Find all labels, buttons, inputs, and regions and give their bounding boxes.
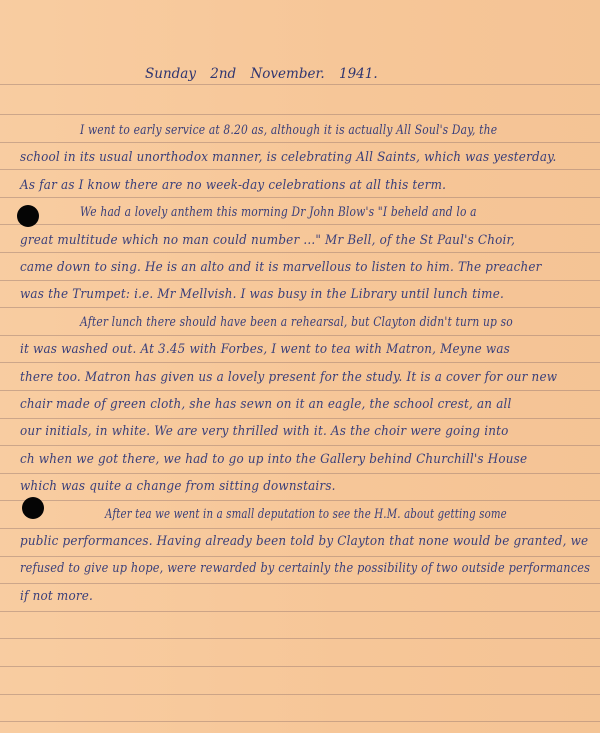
ruled-line xyxy=(0,280,600,281)
handwritten-line: ch when we got there, we had to go up in… xyxy=(20,451,590,467)
ruled-line xyxy=(0,390,600,391)
handwritten-line: chair made of green cloth, she has sewn … xyxy=(20,396,590,412)
handwritten-line: After lunch there should have been a reh… xyxy=(80,314,590,330)
ruled-line xyxy=(0,84,600,85)
handwritten-line: I went to early service at 8.20 as, alth… xyxy=(80,122,590,138)
handwritten-line: which was quite a change from sitting do… xyxy=(20,478,590,494)
ruled-line xyxy=(0,556,600,557)
diary-page: Sunday 2nd November. 1941. I went to ear… xyxy=(0,0,600,733)
ruled-line xyxy=(0,611,600,612)
ruled-line xyxy=(0,500,600,501)
handwritten-line: school in its usual unorthodox manner, i… xyxy=(20,149,590,165)
handwritten-line: it was washed out. At 3.45 with Forbes, … xyxy=(20,341,590,357)
ruled-line xyxy=(0,252,600,253)
ruled-line xyxy=(0,224,600,225)
handwritten-line: came down to sing. He is an alto and it … xyxy=(20,259,590,275)
ruled-line xyxy=(0,528,600,529)
ruled-line xyxy=(0,583,600,584)
handwritten-line: our initials, in white. We are very thri… xyxy=(20,423,590,439)
ruled-line xyxy=(0,142,600,143)
ruled-line xyxy=(0,197,600,198)
handwritten-line: After tea we went in a small deputation … xyxy=(105,506,590,522)
ruled-line xyxy=(0,169,600,170)
ruled-line xyxy=(0,666,600,667)
handwritten-line: As far as I know there are no week-day c… xyxy=(20,177,590,193)
punch-hole-top xyxy=(17,205,39,227)
handwritten-line: if not more. xyxy=(20,588,590,604)
ruled-line xyxy=(0,445,600,446)
handwritten-line: public performances. Having already been… xyxy=(20,533,590,549)
handwritten-line: great multitude which no man could numbe… xyxy=(20,232,590,248)
ruled-line xyxy=(0,362,600,363)
handwritten-line: We had a lovely anthem this morning Dr J… xyxy=(80,204,590,220)
ruled-line xyxy=(0,473,600,474)
ruled-line xyxy=(0,694,600,695)
ruled-line xyxy=(0,418,600,419)
ruled-line xyxy=(0,335,600,336)
ruled-line xyxy=(0,307,600,308)
handwritten-line: refused to give up hope, were rewarded b… xyxy=(20,560,559,576)
handwritten-line: was the Trumpet: i.e. Mr Mellvish. I was… xyxy=(20,286,590,302)
handwritten-line: there too. Matron has given us a lovely … xyxy=(20,369,590,385)
ruled-line xyxy=(0,638,600,639)
punch-hole-bottom xyxy=(22,497,44,519)
entry-date-heading: Sunday 2nd November. 1941. xyxy=(145,66,378,82)
ruled-line xyxy=(0,114,600,115)
ruled-line xyxy=(0,721,600,722)
